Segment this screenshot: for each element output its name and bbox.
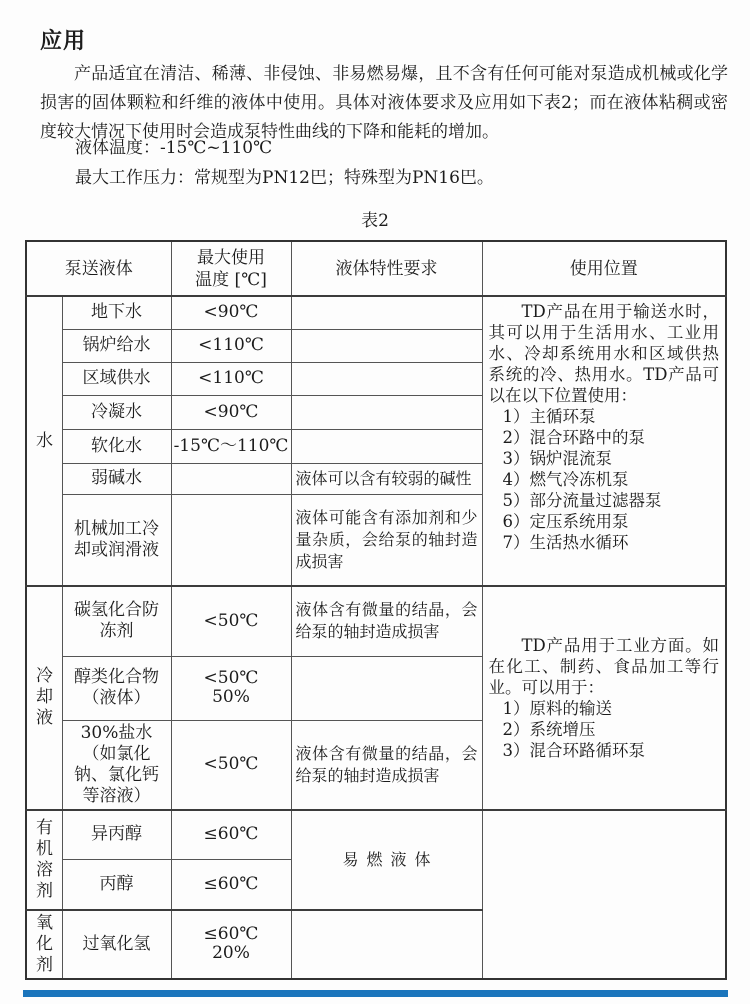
header-characteristics: 液体特性要求 bbox=[291, 241, 482, 296]
liquid-name-cell: 碳氢化合防冻剂 bbox=[62, 586, 171, 656]
group-oxidizer: 氧化剂 bbox=[26, 910, 62, 979]
max-temp-cell: ≤60℃ 20% bbox=[171, 910, 291, 979]
max-temp-cell bbox=[171, 494, 291, 586]
characteristics-cell: 液体可以含有较弱的碱性 bbox=[291, 463, 482, 494]
characteristics-cell bbox=[291, 329, 482, 362]
max-temp-cell: -15℃～110℃ bbox=[171, 429, 291, 463]
usage-item: 5）部分流量过滤器泵 bbox=[489, 490, 720, 511]
usage-item: 2）混合环路中的泵 bbox=[489, 427, 720, 448]
liquid-name-cell: 冷凝水 bbox=[62, 395, 171, 429]
characteristics-cell bbox=[291, 656, 482, 720]
spec-table: 泵送液体 最大使用 温度 [℃] 液体特性要求 使用位置 水 地下水 <90℃ … bbox=[25, 240, 727, 980]
liquid-name-cell: 过氧化氢 bbox=[62, 910, 171, 979]
characteristics-cell bbox=[291, 429, 482, 463]
usage-cell-coolant: TD产品用于工业方面。如在化工、制药、食品加工等行业。可以用于： 1）原料的输送… bbox=[482, 586, 726, 810]
liquid-name-cell: 异丙醇 bbox=[62, 810, 171, 860]
page-heading: 应用 bbox=[40, 24, 86, 55]
usage-cell-water: TD产品在用于输送水时，其可以用于生活用水、工业用水、冷却系统用水和区域供热系统… bbox=[482, 296, 726, 586]
liquid-name-cell: 30%盐水（如氯化钠、氯化钙等溶液） bbox=[62, 720, 171, 810]
max-temp-cell: <110℃ bbox=[171, 329, 291, 362]
liquid-temp-line: 液体温度：-15℃~110℃ bbox=[75, 136, 272, 160]
max-temp-cell: <90℃ bbox=[171, 296, 291, 329]
max-temp-cell: <50℃ bbox=[171, 586, 291, 656]
characteristics-cell bbox=[291, 362, 482, 395]
liquid-name-cell: 锅炉给水 bbox=[62, 329, 171, 362]
usage-item: 6）定压系统用泵 bbox=[489, 511, 720, 532]
liquid-name-cell: 弱碱水 bbox=[62, 463, 171, 494]
group-organic-solvent: 有机溶剂 bbox=[26, 810, 62, 910]
max-temp-cell: <50℃ bbox=[171, 720, 291, 810]
usage-item: 3）混合环路循环泵 bbox=[489, 740, 720, 761]
characteristics-cell: 液体含有微量的结晶，会给泵的轴封造成损害 bbox=[291, 586, 482, 656]
usage-item: 2）系统增压 bbox=[489, 719, 720, 740]
usage-item: 1）原料的输送 bbox=[489, 698, 720, 719]
usage-item: 3）锅炉混流泵 bbox=[489, 448, 720, 469]
max-temp-cell: ≤60℃ bbox=[171, 860, 291, 910]
group-coolant: 冷却液 bbox=[26, 586, 62, 810]
max-temp-cell bbox=[171, 463, 291, 494]
liquid-name-cell: 区域供水 bbox=[62, 362, 171, 395]
usage-intro: TD产品用于工业方面。如在化工、制药、食品加工等行业。可以用于： bbox=[489, 635, 720, 698]
header-usage: 使用位置 bbox=[482, 241, 726, 296]
liquid-name-cell: 醇类化合物（液体） bbox=[62, 656, 171, 720]
document-page: 应用 产品适宜在清洁、稀薄、非侵蚀、非易燃易爆，且不含有任何可能对泵造成机械或化… bbox=[0, 0, 750, 1004]
footer-accent-bar bbox=[23, 990, 728, 997]
usage-item: 7）生活热水循环 bbox=[489, 532, 720, 553]
usage-item: 4）燃气冷冻机泵 bbox=[489, 469, 720, 490]
table-caption: 表2 bbox=[0, 206, 750, 231]
group-water: 水 bbox=[26, 296, 62, 586]
max-temp-cell: ≤60℃ bbox=[171, 810, 291, 860]
header-pumped-liquid: 泵送液体 bbox=[26, 241, 171, 296]
max-temp-cell: <90℃ bbox=[171, 395, 291, 429]
characteristics-cell-flammable: 易燃液体 bbox=[291, 810, 482, 910]
characteristics-cell bbox=[291, 910, 482, 979]
max-temp-cell: <110℃ bbox=[171, 362, 291, 395]
liquid-name-cell: 地下水 bbox=[62, 296, 171, 329]
liquid-name-cell: 机械加工冷却或润滑液 bbox=[62, 494, 171, 586]
max-pressure-line: 最大工作压力：常规型为PN12巴；特殊型为PN16巴。 bbox=[75, 166, 494, 190]
max-temp-cell: <50℃ 50% bbox=[171, 656, 291, 720]
usage-cell-bottom bbox=[482, 810, 726, 979]
header-max-temp: 最大使用 温度 [℃] bbox=[171, 241, 291, 296]
intro-paragraph: 产品适宜在清洁、稀薄、非侵蚀、非易燃易爆，且不含有任何可能对泵造成机械或化学损害… bbox=[40, 60, 728, 147]
characteristics-cell: 液体含有微量的结晶，会给泵的轴封造成损害 bbox=[291, 720, 482, 810]
characteristics-cell: 液体可能含有添加剂和少量杂质，会给泵的轴封造成损害 bbox=[291, 494, 482, 586]
liquid-name-cell: 丙醇 bbox=[62, 860, 171, 910]
characteristics-cell bbox=[291, 296, 482, 329]
usage-intro: TD产品在用于输送水时，其可以用于生活用水、工业用水、冷却系统用水和区域供热系统… bbox=[489, 301, 720, 406]
usage-item: 1）主循环泵 bbox=[489, 406, 720, 427]
characteristics-cell bbox=[291, 395, 482, 429]
liquid-name-cell: 软化水 bbox=[62, 429, 171, 463]
